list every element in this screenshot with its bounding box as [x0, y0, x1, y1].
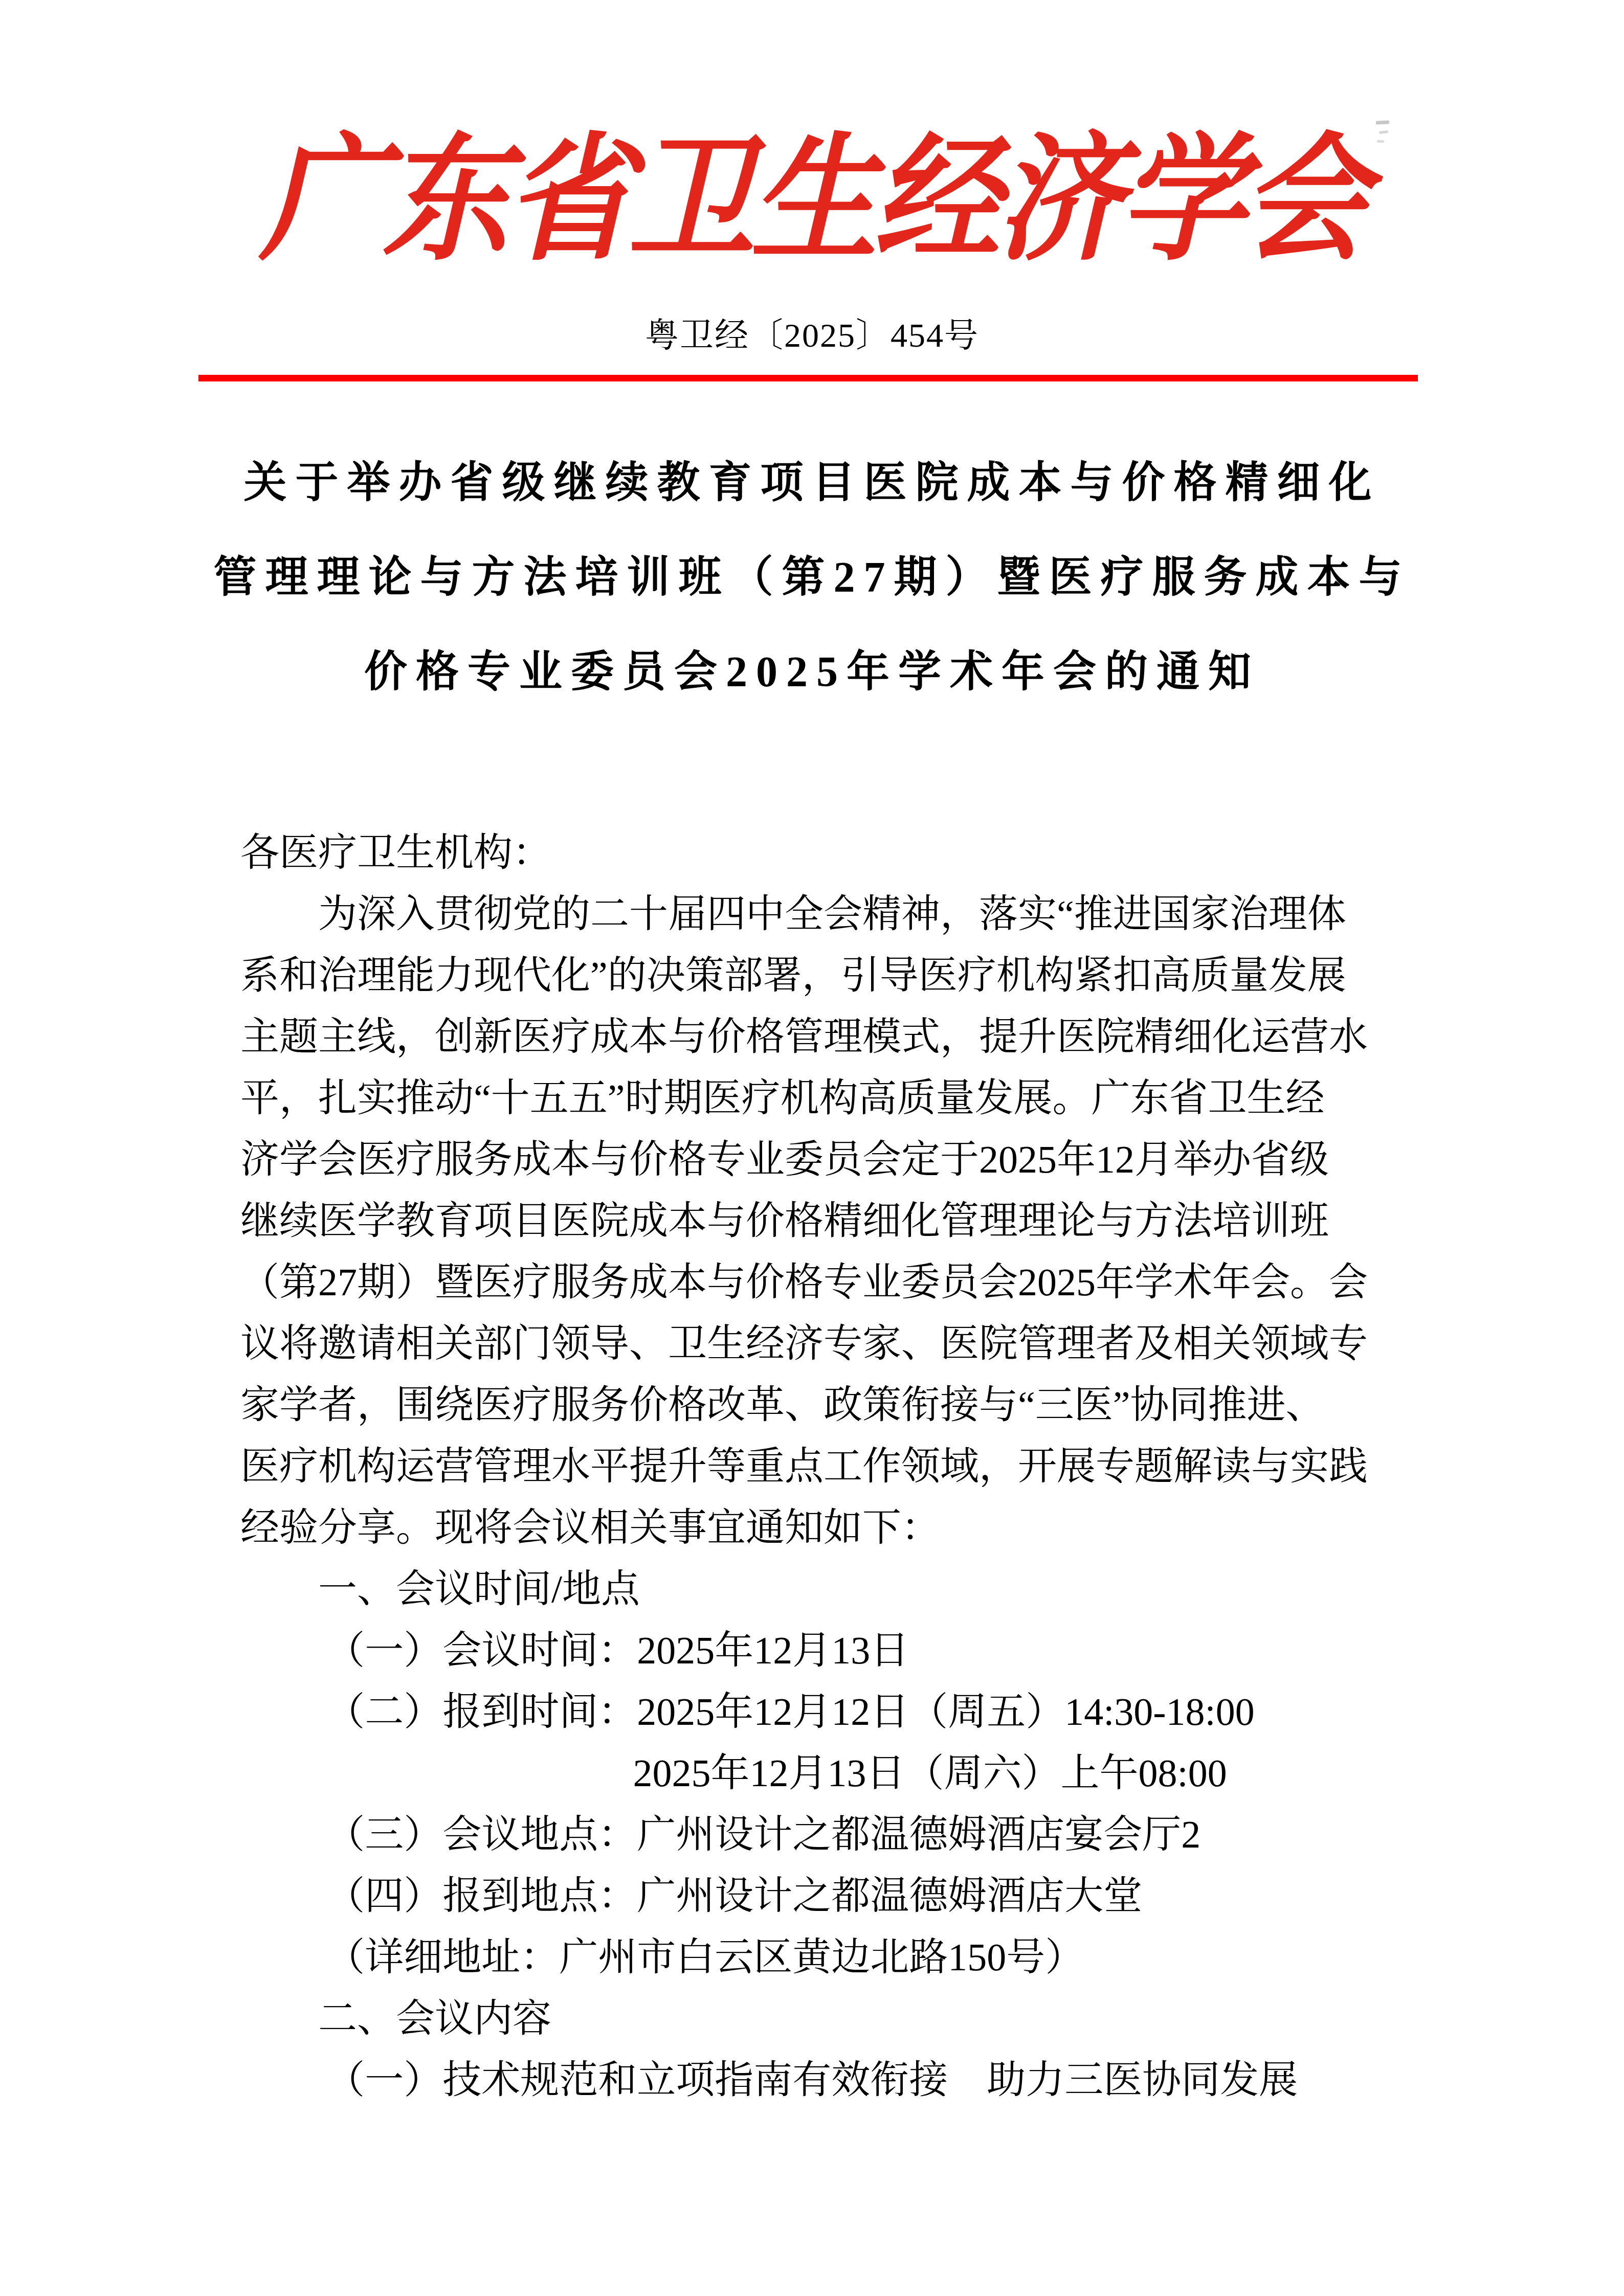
document-title: 关于举办省级继续教育项目医院成本与价格精细化 管理理论与方法培训班（第27期）暨…: [0, 436, 1624, 719]
body-line: 平，扎实推动“十五五”时期医疗机构高质量发展。广东省卫生经: [240, 1068, 1417, 1129]
body-line: 主题主线，创新医疗成本与价格管理模式，提升医院精细化运营水: [240, 1006, 1417, 1068]
body-line: 继续医学教育项目医院成本与价格精细化管理理论与方法培训班: [240, 1190, 1417, 1252]
title-line-3: 价格专业委员会2025年学术年会的通知: [0, 625, 1624, 719]
body-line: （详细地址：广州市白云区黄边北路150号）: [240, 1927, 1417, 1988]
title-line-1: 关于举办省级继续教育项目医院成本与价格精细化: [0, 436, 1624, 530]
association-logo-text: 广东省卫生经济学会: [0, 110, 1624, 292]
document-number: 粤卫经〔2025〕454号: [0, 313, 1624, 359]
body-line: 济学会医疗服务成本与价格专业委员会定于2025年12月举办省级: [240, 1129, 1417, 1190]
document-body: 各医疗卫生机构：为深入贯彻党的二十届四中全会精神，落实“推进国家治理体系和治理能…: [240, 822, 1417, 2111]
body-line: 医疗机构运营管理水平提升等重点工作领域，开展专题解读与实践: [240, 1436, 1417, 1497]
body-line: 系和治理能力现代化”的决策部署，引导医疗机构紧扣高质量发展: [240, 945, 1417, 1006]
body-line: 家学者，围绕医疗服务价格改革、政策衔接与“三医”协同推进、: [240, 1375, 1417, 1436]
body-line: （一）会议时间：2025年12月13日: [240, 1620, 1417, 1681]
body-line: （一）技术规范和立项指南有效衔接 助力三医协同发展: [240, 2050, 1417, 2111]
body-line: （第27期）暨医疗服务成本与价格专业委员会2025年学术年会。会: [240, 1252, 1417, 1313]
body-line: 经验分享。现将会议相关事宜通知如下：: [240, 1497, 1417, 1559]
body-line: 各医疗卫生机构：: [240, 822, 1417, 884]
body-line: （四）报到地点：广州设计之都温德姆酒店大堂: [240, 1865, 1417, 1927]
body-line: 一、会议时间/地点: [240, 1559, 1417, 1620]
notice-document-page: 广东省卫生经济学会 粤卫经〔2025〕454号 关于举办省级继续教育项目医院成本…: [0, 0, 1624, 2296]
body-line: 议将邀请相关部门领导、卫生经济专家、医院管理者及相关领域专: [240, 1313, 1417, 1375]
red-divider-line: [198, 375, 1418, 381]
body-line: 2025年12月13日（周六）上午08:00: [240, 1743, 1417, 1804]
body-line: （二）报到时间：2025年12月12日（周五）14:30-18:00: [240, 1681, 1417, 1743]
title-line-2: 管理理论与方法培训班（第27期）暨医疗服务成本与: [0, 530, 1624, 625]
body-line: 二、会议内容: [240, 1988, 1417, 2050]
body-line: （三）会议地点：广州设计之都温德姆酒店宴会厅2: [240, 1804, 1417, 1865]
body-line: 为深入贯彻党的二十届四中全会精神，落实“推进国家治理体: [240, 884, 1417, 945]
